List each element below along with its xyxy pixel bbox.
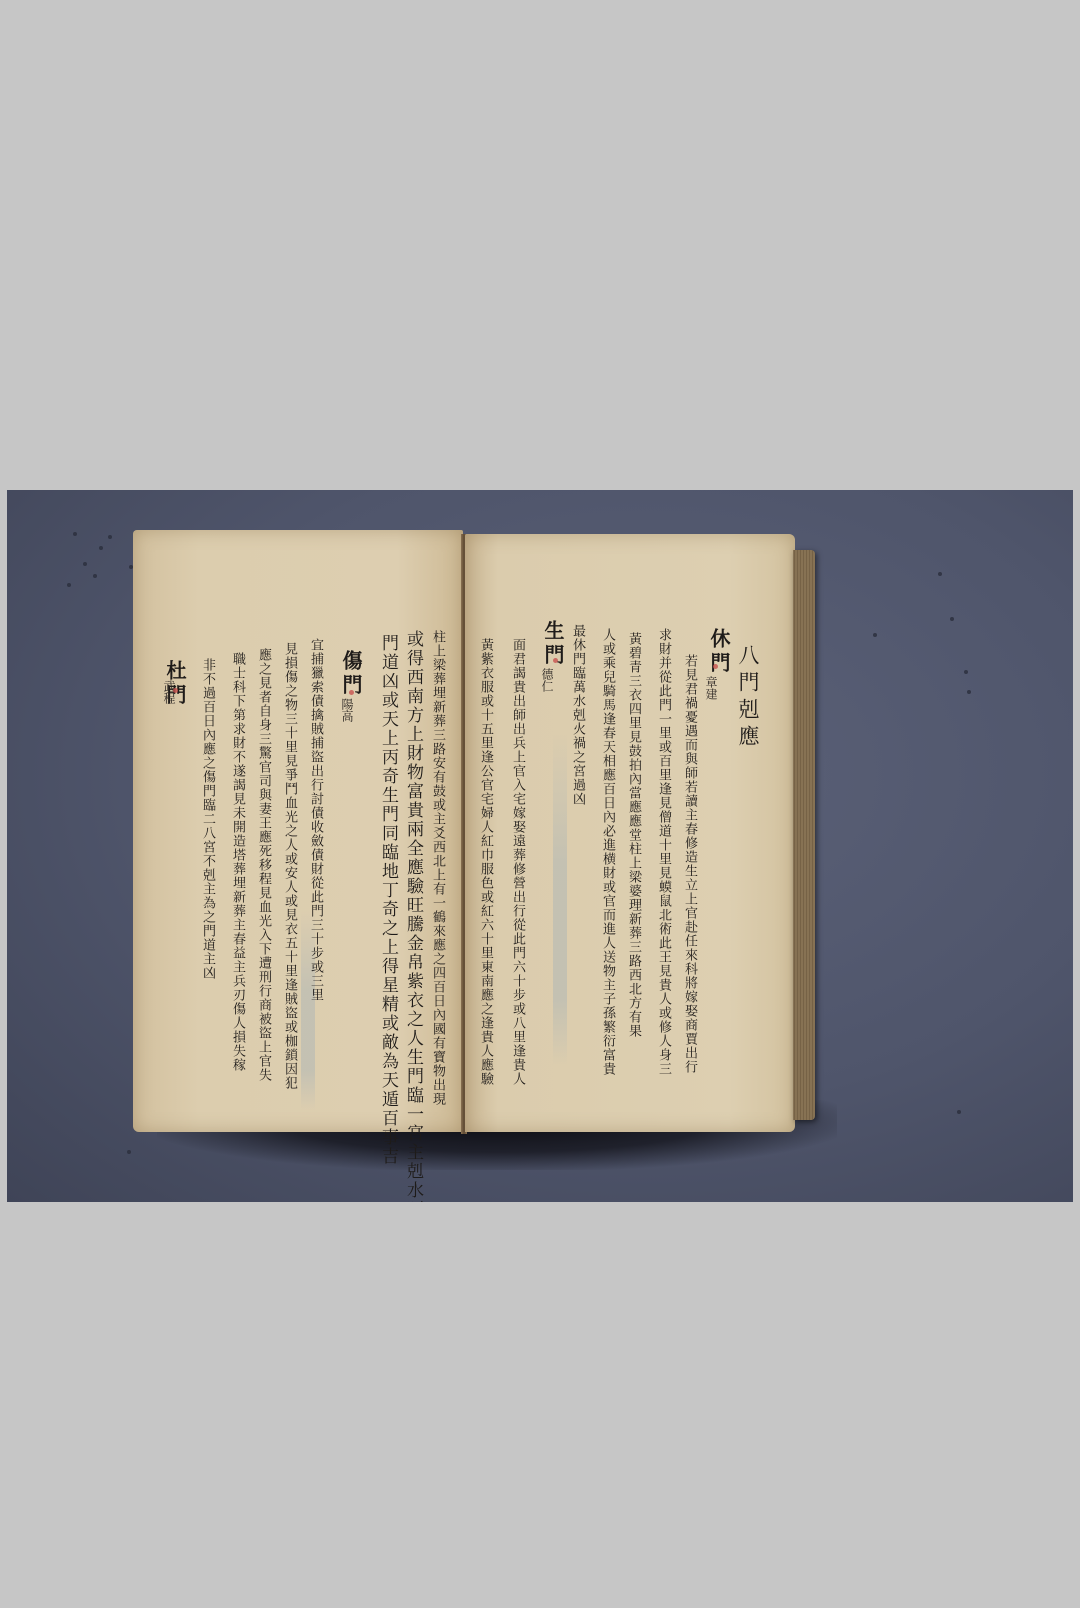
background-speck — [964, 670, 968, 674]
text-column: 面君謁貴出師出兵上官入宅嫁娶遠葬修營出行從此門六十步或八里逢貴人 — [511, 638, 524, 1086]
background-speck — [967, 690, 971, 694]
book-fore-edge — [793, 550, 815, 1120]
background-speck — [83, 562, 87, 566]
text-column: 求財并從此門一里或百里逢見僧道十里見蟆鼠北術此王見貴人或修人身三 — [657, 628, 670, 1076]
section-annotation: 德仁 — [539, 668, 556, 692]
red-seal-mark — [713, 664, 718, 669]
background-speck — [67, 583, 71, 587]
section-annotation: 陽高 — [339, 698, 356, 722]
background-speck — [99, 546, 103, 550]
text-column: 人或乘兒騎馬逢春天相應百日內必進横財或官而進人送物主子孫繁衍富貴 — [601, 628, 614, 1076]
red-seal-mark — [173, 688, 178, 693]
text-column: 門道凶或天上丙奇生門同臨地丁奇之上得星精或敵為天遁百事吉 — [379, 634, 396, 1166]
ruling-mark — [553, 734, 567, 1064]
red-seal-mark — [553, 658, 558, 663]
text-column: 非不過百日內應之傷門臨二八宮不剋主為之門道主凶 — [201, 658, 214, 980]
text-column: 若見君禍憂遇而與師若讀主春修造生立上官赴任來科將嫁娶商賈出行 — [683, 654, 696, 1074]
text-column: 或得西南方上財物富貴兩全應驗旺騰金帛紫衣之人生門臨一宮主剋水旺之 — [404, 630, 421, 1202]
background-speck — [108, 535, 112, 539]
background-speck — [93, 574, 97, 578]
background-speck — [873, 633, 877, 637]
text-column: 宜捕獵索債擒賊捕盜出行討債收斂債財從此門三十步或三里 — [309, 638, 322, 1002]
left-page: 柱上梁葬埋新葬三路安有鼓或主爻西北上有一鶴來應之四百日內國有寶物出現 或得西南方… — [133, 530, 463, 1132]
text-column: 最休門臨萬水剋火禍之宮過凶 — [571, 624, 584, 806]
section-annotation: 章建 — [703, 676, 720, 700]
background-speck — [957, 1110, 961, 1114]
text-column: 黃紫衣服或十五里逢公官宅婦人紅巾服色或紅六十里東南應之逢貴人應驗 — [479, 638, 492, 1086]
background-speck — [950, 617, 954, 621]
text-column: 柱上梁葬埋新葬三路安有鼓或主爻西北上有一鶴來應之四百日內國有寶物出現 — [431, 630, 444, 1106]
chapter-title: 八門剋應 — [737, 644, 758, 752]
background-speck — [127, 1150, 131, 1154]
red-seal-mark — [349, 690, 354, 695]
right-page: 八門剋應 休門 章建 若見君禍憂遇而與師若讀主春修造生立上官赴任來科將嫁娶商賈出… — [465, 534, 795, 1132]
photo-frame: 柱上梁葬埋新葬三路安有鼓或主爻西北上有一鶴來應之四百日內國有寶物出現 或得西南方… — [7, 490, 1073, 1202]
text-column: 應之見者自身三驚官司與妻王應死移程見血光入下遭刑行商被盜上官失 — [257, 648, 270, 1082]
background-speck — [938, 572, 942, 576]
section-heading-xiu-men: 休門 — [709, 628, 729, 676]
text-column: 見損傷之物三十里見爭鬥血光之人或安人或見衣五十里逢賊盜或枷鎖因犯 — [283, 642, 296, 1090]
background-speck — [73, 532, 77, 536]
text-column: 職士科下第求財不遂謁見未開造塔葬埋新葬主春益主兵刃傷人損失稼 — [231, 652, 244, 1072]
text-column: 黃碧青三衣四里見鼓拍內當應應堂柱上梁婆理新葬三路西北方有果 — [627, 632, 640, 1038]
